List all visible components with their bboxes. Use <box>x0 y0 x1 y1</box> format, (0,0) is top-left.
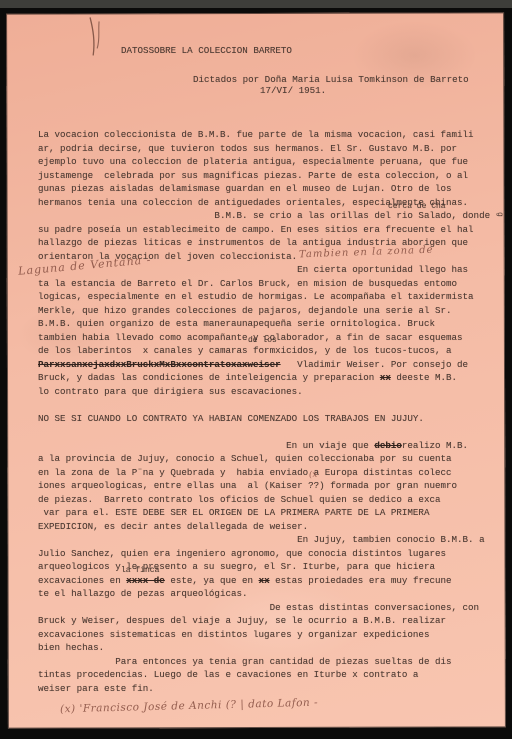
edge-mark: g <box>495 212 504 219</box>
handwritten-mark-kaiser: (x <box>309 470 318 481</box>
typed-line: tintas procedencias. Luego de las e cava… <box>38 668 490 682</box>
typed-line: EXPEDICION, es decir antes delallegada d… <box>38 520 490 534</box>
typed-line: iones arqueologicas, entre ellas una al … <box>38 479 490 493</box>
typed-line <box>38 398 490 412</box>
typed-line: Bruck, y dadas las condiciones de intele… <box>38 371 490 385</box>
typed-line: weiser para este fin. <box>38 682 490 696</box>
typed-insertion-de-los: de los <box>248 336 277 345</box>
typed-line: logicas, especialmente en el estudio de … <box>38 290 490 304</box>
typed-line: excavaciones en xxxx de este, ya que en … <box>38 574 490 588</box>
typed-line: a la provincia de Jujuy, conocio a Schue… <box>38 452 490 466</box>
typed-line: ParxxsanxejaxdxxBruckxMxBxxcontratoxaxwe… <box>38 358 490 372</box>
typed-line: De estas distintas conversaciones, con <box>38 601 490 615</box>
typed-line: En Jujuy, tambien conocio B.M.B. a <box>38 533 490 547</box>
date-line: 17/VI/ 1951. <box>260 84 326 97</box>
typed-line: de piezas. Barreto contrato los oficios … <box>38 493 490 507</box>
typed-line: La vocacion coleccionista de B.M.B. fue … <box>38 128 490 142</box>
typed-line <box>38 425 490 439</box>
typed-line: bien hechas. <box>38 641 490 655</box>
typed-line: NO SE SI CUANDO LO CONTRATO YA HABIAN CO… <box>38 412 490 426</box>
typed-insertion-cerca: cerca de Cha <box>388 202 446 211</box>
typed-line: te el hallazgo de pezas arqueológicas. <box>38 587 490 601</box>
typed-line: de los laberintos x canales y camaras fo… <box>38 344 490 358</box>
typed-line: ejemplo tuvo una coleccion de plateria a… <box>38 155 490 169</box>
typed-line: B.M.B. quien organizo de esta maneraunap… <box>38 317 490 331</box>
dictation-line: Dictados por Doña Maria Luisa Tomkinson … <box>193 73 469 86</box>
typed-line: Julio Sanchez, quien era ingeniero agron… <box>38 547 490 561</box>
typed-line: su padre poseía un establecimeito de cam… <box>38 223 490 237</box>
typed-line: excavaciones sistematicas en distintos l… <box>38 628 490 642</box>
typed-line: En un viaje que debiorealizo M.B. <box>38 439 490 453</box>
typed-line: Merkle, que hizo grandes colecciones de … <box>38 304 490 318</box>
typed-line: var para el. ESTE DEBE SER EL ORIGEN DE … <box>38 506 490 520</box>
typed-text: La vocacion coleccionista de B.M.B. fue … <box>38 128 490 695</box>
pen-mark <box>84 15 110 61</box>
typed-line: en la zona de la P¨na y Quebrada y habia… <box>38 466 490 480</box>
typed-line: Para entonces ya tenia gran cantidad de … <box>38 655 490 669</box>
typed-line: ar, podria decirse, que tuvieron todos s… <box>38 142 490 156</box>
typed-line: B.M.B. se crio a las orillas del rio Sal… <box>38 209 490 223</box>
typed-line: gunas piezas aisladas delamismase guarda… <box>38 182 490 196</box>
typed-line: Bruck y Weiser, despues del viaje a Juju… <box>38 614 490 628</box>
typed-line: lo contrato para que dirigiera sus escav… <box>38 385 490 399</box>
scan-background: { "document": { "title": "DATOSSOBRE LA … <box>0 0 512 739</box>
typed-line: justamenge celebrada por sus magnificas … <box>38 169 490 183</box>
typed-line: ta la estancia de Barreto el Dr. Carlos … <box>38 277 490 291</box>
typed-line: arqueologicos y le presento a su suegro,… <box>38 560 490 574</box>
typed-insertion-la-finca: la finca <box>121 566 159 575</box>
page-title: DATOSSOBRE LA COLECCION BARRETO <box>121 44 292 57</box>
scanner-edge-strip <box>0 0 512 8</box>
